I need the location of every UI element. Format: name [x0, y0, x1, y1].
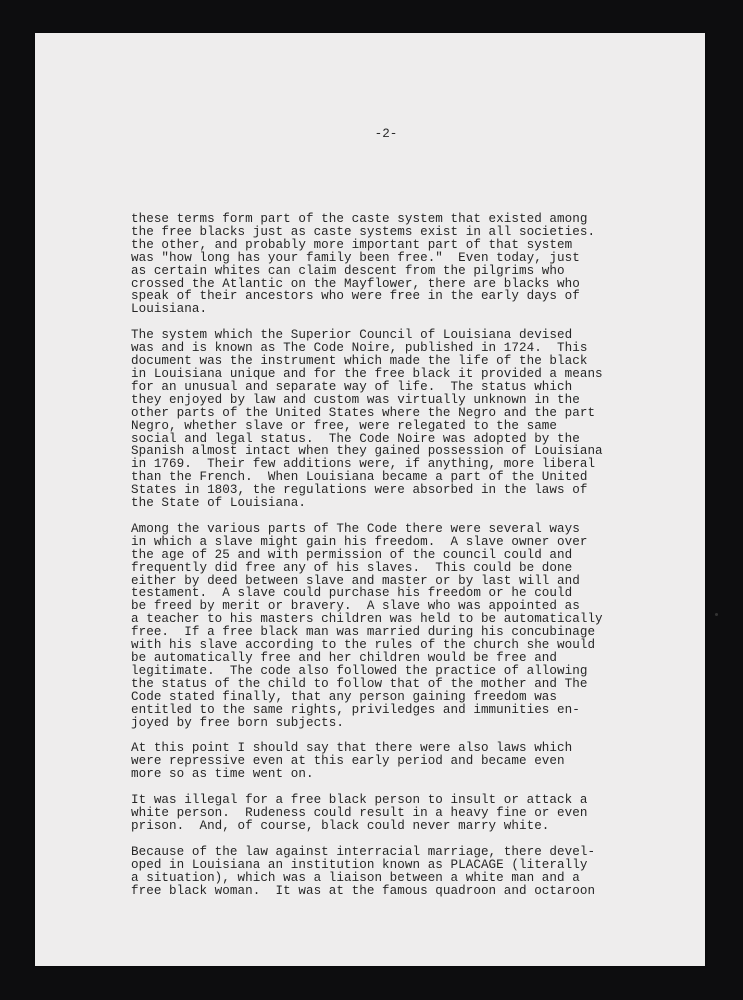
paragraph: The system which the Superior Council of… — [131, 329, 691, 510]
text-line: a situation), which was a liaison betwee… — [131, 872, 691, 885]
text-line: entitled to the same rights, priviledges… — [131, 704, 691, 717]
document-body: these terms form part of the caste syste… — [131, 213, 691, 911]
text-line: joyed by free born subjects. — [131, 717, 691, 730]
text-line: the free blacks just as caste systems ex… — [131, 226, 691, 239]
text-line: Louisiana. — [131, 303, 691, 316]
text-line: prison. And, of course, black could neve… — [131, 820, 691, 833]
paper-speck — [715, 613, 718, 616]
text-line: these terms form part of the caste syste… — [131, 213, 691, 226]
text-line: in which a slave might gain his freedom.… — [131, 536, 691, 549]
page-number: -2- — [51, 127, 721, 141]
text-line: Because of the law against interracial m… — [131, 846, 691, 859]
paragraph: At this point I should say that there we… — [131, 742, 691, 781]
text-line: legitimate. The code also followed the p… — [131, 665, 691, 678]
text-line: in Louisiana unique and for the free bla… — [131, 368, 691, 381]
text-line: the other, and probably more important p… — [131, 239, 691, 252]
paragraph: Because of the law against interracial m… — [131, 846, 691, 898]
text-line: speak of their ancestors who were free i… — [131, 290, 691, 303]
text-line: the State of Louisiana. — [131, 497, 691, 510]
paragraph: Among the various parts of The Code ther… — [131, 523, 691, 730]
text-line: frequently did free any of his slaves. T… — [131, 562, 691, 575]
text-line: Code stated finally, that any person gai… — [131, 691, 691, 704]
text-line: be automatically free and her children w… — [131, 652, 691, 665]
text-line: was "how long has your family been free.… — [131, 252, 691, 265]
text-line: the status of the child to follow that o… — [131, 678, 691, 691]
text-line: oped in Louisiana an institution known a… — [131, 859, 691, 872]
text-line: free black woman. It was at the famous q… — [131, 885, 691, 898]
text-line: more so as time went on. — [131, 768, 691, 781]
text-line: Among the various parts of The Code ther… — [131, 523, 691, 536]
document-page: -2- these terms form part of the caste s… — [35, 33, 705, 966]
text-line: they enjoyed by law and custom was virtu… — [131, 394, 691, 407]
text-line: for an unusual and separate way of life.… — [131, 381, 691, 394]
text-line: the age of 25 and with permission of the… — [131, 549, 691, 562]
paragraph: these terms form part of the caste syste… — [131, 213, 691, 316]
text-line: other parts of the United States where t… — [131, 407, 691, 420]
text-line: Negro, whether slave or free, were releg… — [131, 420, 691, 433]
text-line: as certain whites can claim descent from… — [131, 265, 691, 278]
paragraph: It was illegal for a free black person t… — [131, 794, 691, 833]
